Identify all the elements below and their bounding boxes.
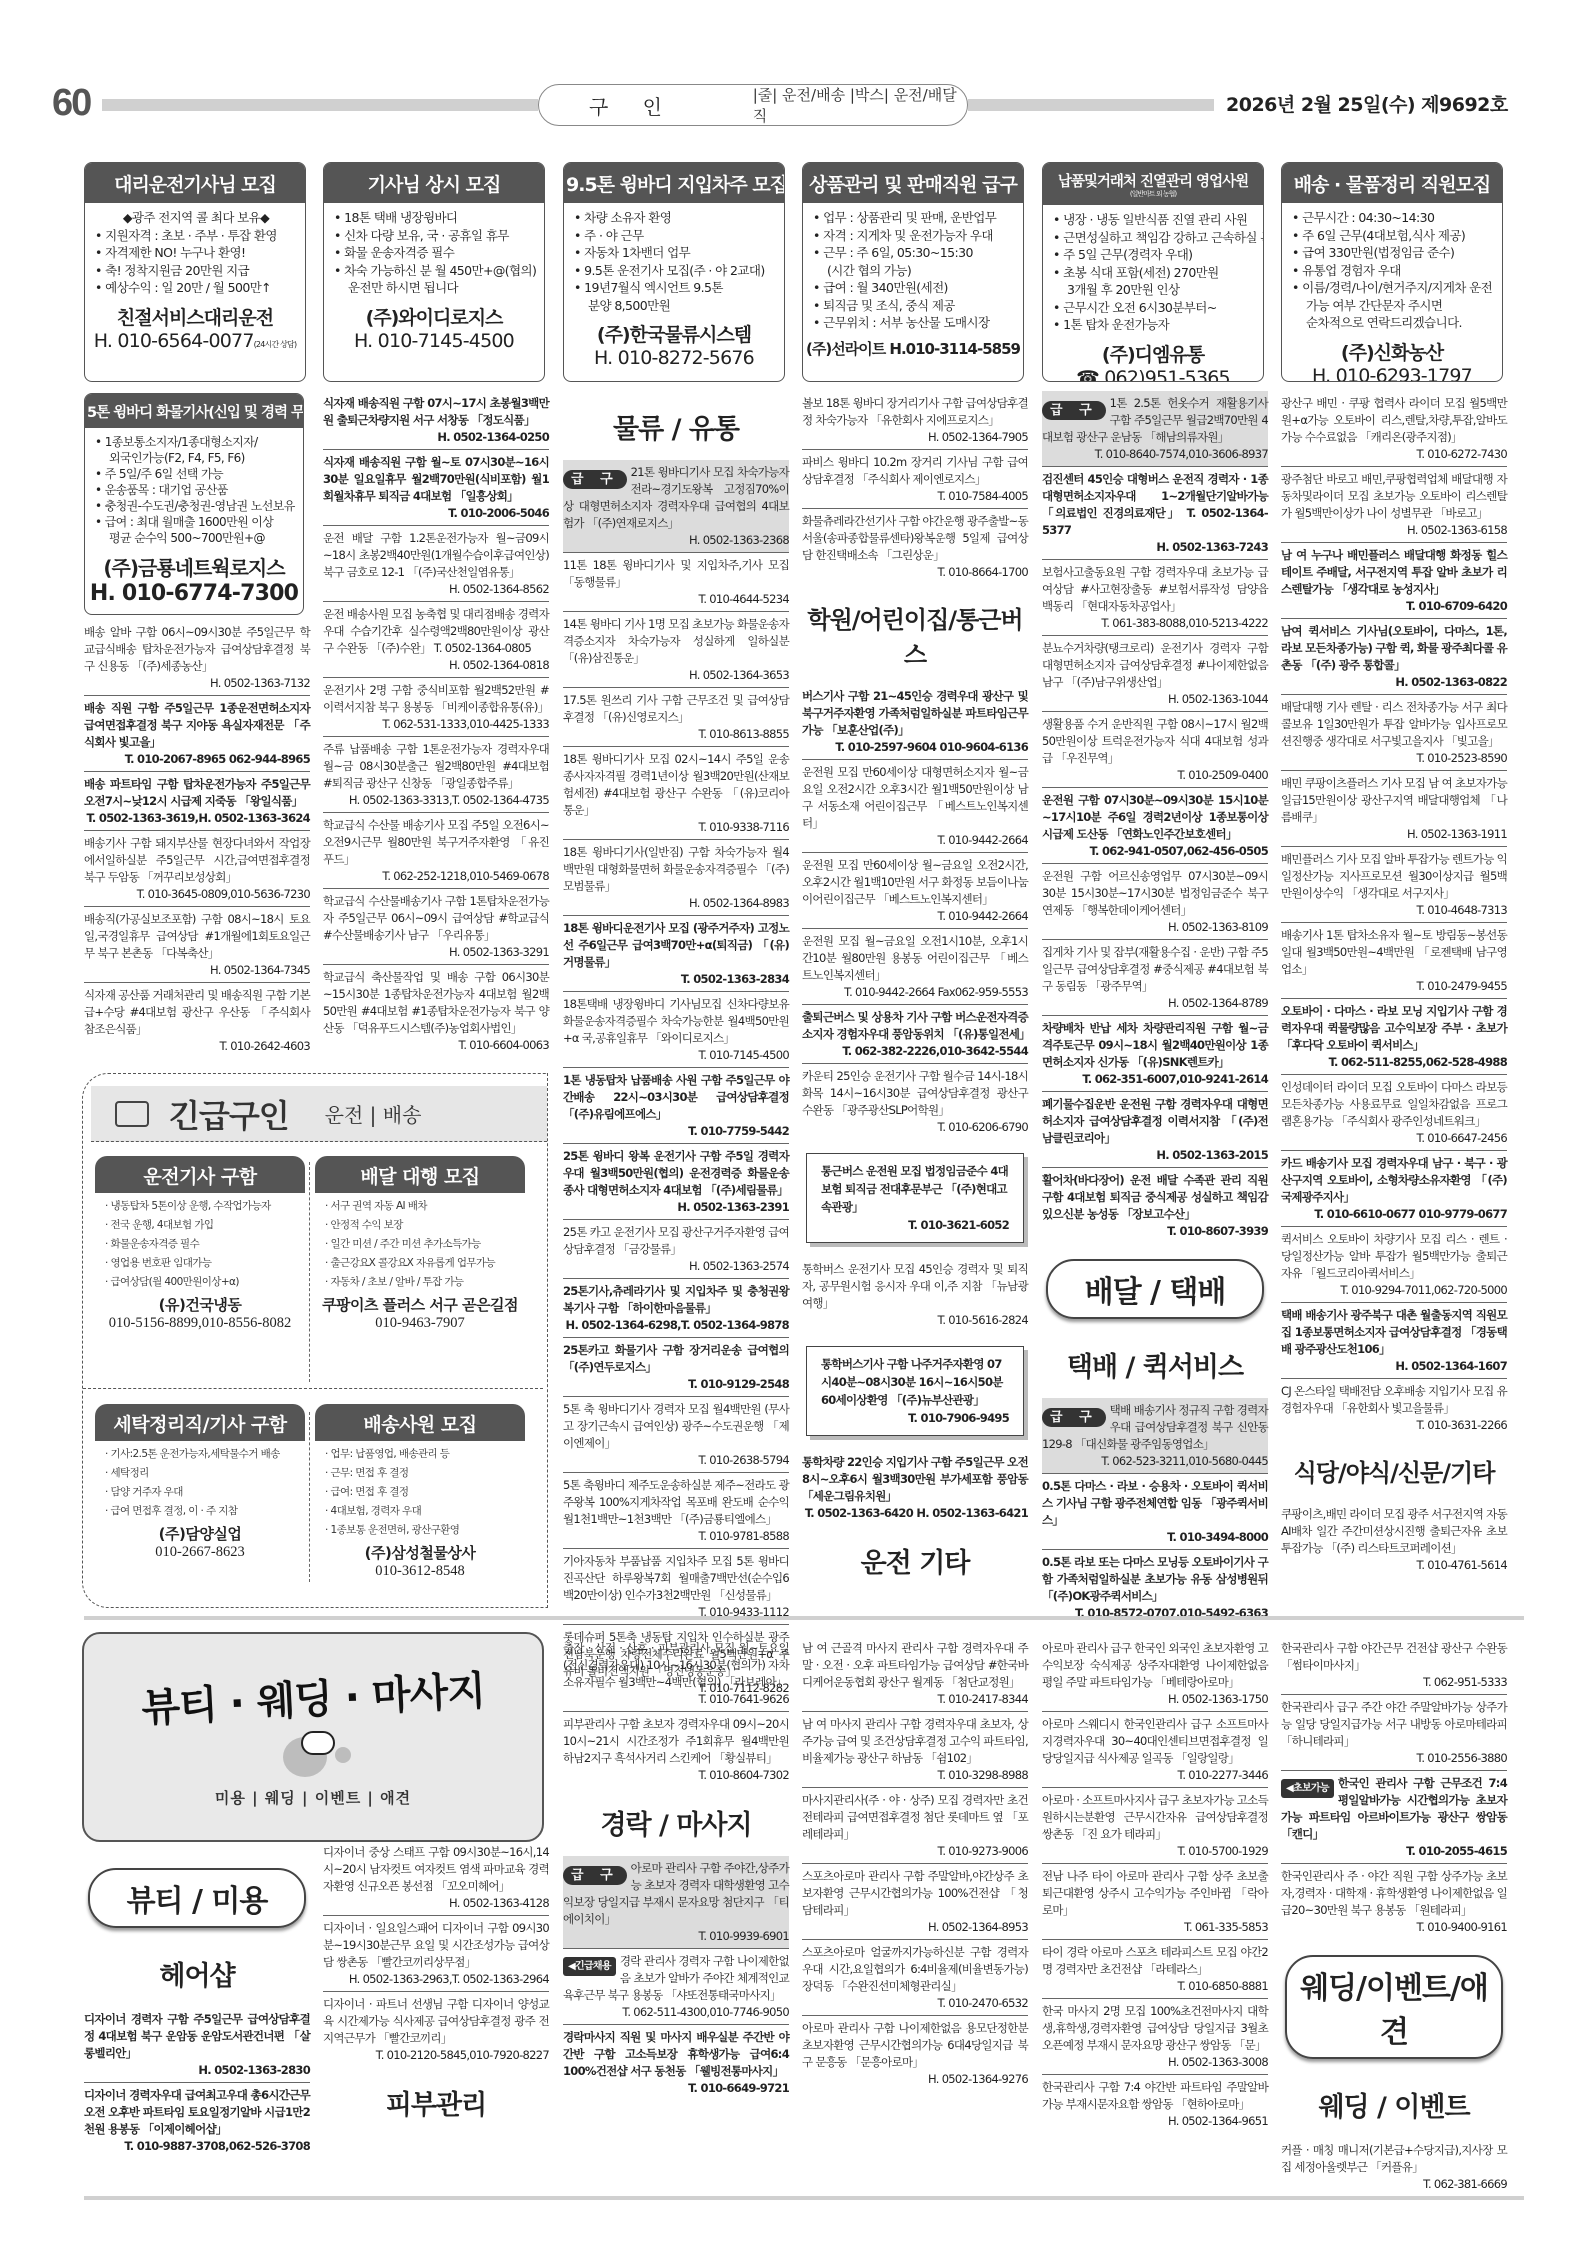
classified-ad: 25톤 윙바디 왕복 운전기사 구함 주5일 경력자우대 월3백50만원(협의)… bbox=[563, 1143, 789, 1219]
ad-title: 대리운전기사님 모집 bbox=[85, 163, 305, 203]
ad-title: 상품관리 및 판매직원 급구 bbox=[803, 163, 1023, 203]
ad-text: 볼보 18톤 윙바디 장거리기사 구함 급여상담후결정 차숙가능자 「유한회사 … bbox=[802, 396, 1028, 427]
classified-ad: 주류 납품배송 구함 1톤운전가능자 경력자우대 월~금 08시30분출근 월2… bbox=[323, 736, 549, 812]
classified-ad: 운전원 구함 어르신송영업무 07시30분~09시30분 15시30분~17시3… bbox=[1042, 863, 1268, 939]
ad-line: 평균 순수익 500~700만원+@ bbox=[95, 530, 295, 546]
urgent-ad-line: 냉동탑차 5톤이상 운행, 수작업가능자 bbox=[105, 1197, 295, 1216]
ad-text: 식자재 배송직원 구함 월~토 07시30분~16시30분 일요일휴무 월2백7… bbox=[323, 455, 549, 503]
ad-phone: H. 0502-1363-1911 bbox=[1281, 826, 1507, 843]
classified-ad: 전남 나주 타이 아로마 관리사 구함 상주 초보출퇴근대환영 상주시 고수익가… bbox=[1042, 1863, 1268, 1939]
column-1: 배송 알바 구함 06시~09시30분 주5일근무 학교급식배송 탑차운전가능자… bbox=[84, 620, 310, 1058]
ad-lines: • 1종보통소지자/1종대형소지자/외국인가능(F2, F4, F5, F6)•… bbox=[85, 428, 303, 546]
ad-text: 운전 배달 구함 1.2톤운전가능자 월~금09시~18시 초봉2백40만원(1… bbox=[323, 531, 549, 579]
ad-title: 5톤 윙바디 화물기사(신입 및 경력 무관) bbox=[85, 394, 303, 428]
ad-text: 집게차 기사 및 잡부(재활용수집 · 운반) 구함 주5일근무 급여상담후결정… bbox=[1042, 945, 1268, 993]
classified-ad: 스포츠아로마 관리사 구함 주말알바,야간상주 초보자환영 근무시간협의가능 1… bbox=[802, 1863, 1028, 1939]
ad-line: 외국인가능(F2, F4, F5, F6) bbox=[95, 450, 295, 466]
classified-ad: 남 여 누구나 배민플러스 배달대행 화정동 힐스테이트 주배달, 서구전지역 … bbox=[1281, 542, 1507, 618]
ad-line: 3개월 후 20만원 인상 bbox=[1053, 281, 1255, 299]
ad-phone: T. 010-5700-1929 bbox=[1042, 1843, 1268, 1860]
ad-phone: H. 0502-1363-2015 bbox=[1042, 1147, 1268, 1164]
ad-phone: T. 062-252-1218,010-5469-0678 bbox=[323, 868, 549, 885]
ad-text: 활어차(바다장어) 운전 배달 수족관 관리 직원 구함 4대보험 퇴직금 중식… bbox=[1042, 1173, 1268, 1221]
ad-phone: T. 010-3298-8988 bbox=[802, 1767, 1028, 1784]
ad-phone: H. 010-6564-0077(24시간 상담) bbox=[85, 330, 305, 352]
category-heading-driving-etc: 운전 기타 bbox=[802, 1525, 1028, 1594]
urgent-ad-line: 급여: 면접 후 결정 bbox=[325, 1483, 515, 1502]
classified-ad: 배송 알바 구함 06시~09시30분 주5일근무 학교급식배송 탑차운전가능자… bbox=[84, 620, 310, 695]
classified-ad: 분뇨수거차량(탱크로리) 운전기사 경력자 구함 대형면허소지자 급여상담후결정… bbox=[1042, 635, 1268, 711]
classified-ad: 운전원 모집 월~금요일 오전1시10분, 오후1시간10분 월80만원 용봉동… bbox=[802, 928, 1028, 1004]
urgent-badge-icon: 급 구 bbox=[1042, 401, 1106, 420]
classified-ad: 택배 배송기사 광주북구 대촌 월출동지역 직원모집 1종보통면허소지자 급여상… bbox=[1281, 1302, 1507, 1378]
hiring-badge-icon: ◀긴급채용 bbox=[563, 1957, 616, 1976]
massage-column-4: 남 여 근골격 마사지 관리사 구함 경력자우대 주말 · 오전 · 오후 파트… bbox=[802, 1636, 1028, 2091]
classified-ad: 25톤기사,츄레라기사 및 지입차주 및 충청권왕복기사 구함 「하이한마음물류… bbox=[563, 1278, 789, 1337]
beauty-column-1: 뷰티 / 미용헤어샵디자이너 경력자 구함 주5일근무 급여상담후결정 4대보험… bbox=[84, 1852, 310, 2158]
ad-line: • 충청권-수도권/충청권-영남권 노선보유 bbox=[95, 498, 295, 514]
category-heading-massage: 경락 / 마사지 bbox=[563, 1787, 789, 1856]
ad-text: 배송 알바 구함 06시~09시30분 주5일근무 학교급식배송 탑차운전가능자… bbox=[84, 625, 310, 673]
ad-phone: T. 010-2055-4615 bbox=[1281, 1843, 1507, 1860]
urgent-ad-company: (주)삼성철물상사 bbox=[315, 1542, 525, 1563]
classified-ad: 배송직(가공실보조포함) 구함 08시~18시 토요일,국경일휴무 급여상담 #… bbox=[84, 906, 310, 982]
ad-phone: T. 010-8640-7574,010-3606-8937 bbox=[1042, 446, 1268, 463]
ad-line: • 주 5일/주 6일 선택 가능 bbox=[95, 466, 295, 482]
ad-text: 운전기사 2명 구함 중식비포함 월2백52만원 #이력서지참 북구 용봉동 「… bbox=[323, 683, 549, 714]
ad-phone: H. 0502-1364-0250 bbox=[323, 429, 549, 446]
ad-line: • 자격 : 지게차 및 운전가능자 우대 bbox=[813, 227, 1015, 245]
ad-phone: T. 010-2509-0400 bbox=[1042, 767, 1268, 784]
ad-text: 배송기사 1톤 탑차소유자 월~토 방림동~봉선동일대 월3백50만원~4백만원… bbox=[1281, 928, 1507, 976]
ad-text: 스포츠아로마 관리사 구함 주말알바,야간상주 초보자환영 근무시간협의가능 1… bbox=[802, 1869, 1028, 1917]
ad-phone: T. 010-6604-0063 bbox=[323, 1037, 549, 1054]
ad-text: 배달대행 기사 렌탈 · 리스 전차종가능 서구 최다콜보유 1일30만원가 투… bbox=[1281, 700, 1507, 748]
urgent-ad-line: 급여 면접후 결정, 이 · 주 지참 bbox=[105, 1502, 295, 1521]
ad-phone: T. 010-7906-9495 bbox=[821, 1409, 1009, 1427]
ad-text: 18톤 윙바디운전기사 모집 (광주거주자) 고정노선 주6일근무 급여3백70… bbox=[563, 921, 789, 969]
ad-phone: T. 010-6610-0677 010-9779-0677 bbox=[1281, 1206, 1507, 1223]
category-heading-beauty: 뷰티 / 미용 bbox=[88, 1868, 306, 1928]
urgent-ad-line: 급여상담(월 400만원이상+α) bbox=[105, 1273, 295, 1292]
classified-ad: 남 여 마사지 관리사 구함 경력자우대 초보자, 상주가능 급여 및 조건상담… bbox=[802, 1711, 1028, 1787]
classified-ad: 광주첨단 바로고 배민,쿠팡협력업체 배달대행 자동차및라이더 모집 초보가능 … bbox=[1281, 466, 1507, 542]
classified-ad: 커플 · 매칭 매니저(기본급+수당지급),지사장 모집 세정아울렛부근 「커플… bbox=[1281, 2138, 1507, 2196]
classified-ad: 스포츠아로마 얼굴까지가능하신분 구함 경력자우대 시간,요일협의가 6:4비율… bbox=[802, 1939, 1028, 2015]
category-heading-restaurant: 식당/야식/신문/기타 bbox=[1281, 1437, 1507, 1502]
ad-text: 25톤기사,츄레라기사 및 지입차주 및 충청권왕복기사 구함 「하이한마음물류… bbox=[563, 1284, 789, 1315]
urgent-ad-line: 자동차 / 초보 / 알바 / 투잡 가능 bbox=[325, 1273, 515, 1292]
ad-lines: • 18톤 택배 냉장윙바디• 신차 다량 보유, 국 · 공휴일 휴무• 화물… bbox=[324, 203, 544, 297]
ad-line: • 초봉 식대 포함(세전) 270만원 bbox=[1053, 264, 1255, 282]
ad-phone: T. 010-7584-4005 bbox=[802, 488, 1028, 505]
ad-line: ◆광주 전지역 콜 최다 보유◆ bbox=[95, 209, 297, 227]
ad-phone: T. 061-335-5853 bbox=[1042, 1919, 1268, 1936]
ad-text: 아로마 스웨디시 한국인관리사 급구 소프트마사지경력자우대 30~40대인센티… bbox=[1042, 1717, 1268, 1765]
ad-line: • 근무위치 : 서부 농산물 도매시장 bbox=[813, 314, 1015, 332]
urgent-ad-phone: 010-2667-8623 bbox=[95, 1544, 305, 1561]
ad-text: 식자재 공산품 거래처관리 및 배송직원 구함 기본급+수당 #4대보험 광산구… bbox=[84, 988, 310, 1036]
ad-text: 디자이너 중상 스태프 구함 09시30분~16시,14시~20시 남자컷트 여… bbox=[323, 1845, 549, 1893]
display-ad-box: 대리운전기사님 모집◆광주 전지역 콜 최다 보유◆• 지원자격 : 초보 · … bbox=[84, 162, 306, 382]
phone-note: (24시간 상담) bbox=[254, 340, 297, 349]
ad-phone: H. 0502-1364-8789 bbox=[1042, 995, 1268, 1012]
ad-line: • 화물 운송자격증 필수 bbox=[334, 244, 536, 262]
category-heading-hair-salon: 헤어샵 bbox=[84, 1938, 310, 2007]
ad-text: 기아자동차 부품납품 지입차주 모집 5톤 윙바디 진곡산단 하루왕복7회 월매… bbox=[563, 1554, 789, 1602]
ad-line: • 주 6일 근무(4대보험,식사 제공) bbox=[1292, 227, 1494, 245]
ad-text: 아로마 관리사 구함 나이제한없음 용모단정한분 초보자환영 근무시간협의가능 … bbox=[802, 2021, 1028, 2069]
classified-ad: 퀵서비스 오토바이 차량기사 모집 리스 · 렌트 · 당일정산가능 알바 투잡… bbox=[1281, 1226, 1507, 1302]
ad-line: • 차량 소유자 환영 bbox=[574, 209, 776, 227]
ad-line: • 근무시간 오전 6시30분부터~ bbox=[1053, 299, 1255, 317]
ad-phone: T. 010-8664-1700 bbox=[802, 564, 1028, 581]
ad-phone: T. 010-9129-2548 bbox=[563, 1376, 789, 1393]
urgent-ad-company: (주)담양실업 bbox=[95, 1523, 305, 1544]
classified-ad: 폐기물수집운반 운전원 구함 경력자우대 대형면허소지자 급여상담후결정 이력서… bbox=[1042, 1091, 1268, 1167]
ad-text: 생활용품 수거 운반직원 구함 08시~17시 월2백50만원이상 트럭운전가능… bbox=[1042, 717, 1268, 765]
ad-phone: ☎ 062)951-5365 bbox=[1043, 367, 1263, 383]
ad-company: (주)와이디로지스 bbox=[324, 303, 544, 330]
ad-text: 운전원 모집 만60세이상 대형면허소지자 월~금요일 오전2시간 오후3시간 … bbox=[802, 765, 1028, 830]
ad-line: • 운송품목 : 대기업 공산품 bbox=[95, 482, 295, 498]
ad-phone: T. 0502-1363-2834 bbox=[563, 971, 789, 988]
classified-ad: ◀긴급채용경락 관리사 경력자 구함 나이제한없음 초보가 알바가 주야간 체계… bbox=[563, 1948, 789, 2024]
ad-text: 파비스 윙바디 10.2m 장거리 기사님 구함 급여상담후결정 「주식회사 제… bbox=[802, 455, 1028, 486]
urgent-ad-lines: 서구 권역 자동 AI 배차안정적 수익 보장일간 미션 / 주간 미션 추가소… bbox=[315, 1193, 525, 1292]
display-ad-box: 기사님 상시 모집• 18톤 택배 냉장윙바디• 신차 다량 보유, 국 · 공… bbox=[323, 162, 545, 382]
beauty-banner: 뷰티 · 웨딩 · 마사지 미용 | 웨딩 | 이벤트 | 애견 bbox=[82, 1632, 544, 1842]
ad-text: 커플 · 매칭 매니저(기본급+수당지급),지사장 모집 세정아울렛부근 「커플… bbox=[1281, 2143, 1507, 2174]
ad-company: (주)신화농산 bbox=[1282, 338, 1502, 365]
ad-line: • 1톤 탑차 운전가능자 bbox=[1053, 316, 1255, 334]
ad-company: 친절서비스대리운전 bbox=[85, 303, 305, 330]
classified-ad: 아로마 관리사 구함 나이제한없음 용모단정한분 초보자환영 근무시간협의가능 … bbox=[802, 2015, 1028, 2091]
urgent-badge-icon: 급 구 bbox=[1042, 1408, 1106, 1427]
ad-text: 한국인관리사 주 · 야간 직원 구함 상주가능 초보자,경력자 · 대학재 ·… bbox=[1281, 1869, 1507, 1917]
ad-text: 통학버스기사 구함 나주거주자환영 07시40분~08시30분 16시~16시5… bbox=[821, 1357, 1003, 1407]
ad-line: • 주 5일 근무(경력자 우대) bbox=[1053, 246, 1255, 264]
ad-phone: T. 010-6850-8881 bbox=[1042, 1978, 1268, 1995]
classified-ad: 카운티 25인승 운전기사 구함 월수금 14시-18시 화목 14시~16시3… bbox=[802, 1063, 1028, 1139]
ad-line: • 9.5톤 운전기사 모집(주 · 야 2교대) bbox=[574, 262, 776, 280]
classified-ad: 식자재 공산품 거래처관리 및 배송직원 구함 기본급+수당 #4대보험 광산구… bbox=[84, 982, 310, 1058]
urgent-ad-box: 배송사원 모집업무: 납품영업, 배송관리 등근무: 면접 후 결정급여: 면접… bbox=[315, 1404, 525, 1580]
ad-text: 5톤 축 윙바디기사 경력자 모집 월4백만원 (무사고 장기근속시 급여인상)… bbox=[563, 1402, 789, 1450]
urgent-ad-line: 4대보험, 경력자 우대 bbox=[325, 1502, 515, 1521]
ad-phone: T. 010-9400-9161 bbox=[1281, 1919, 1507, 1936]
category-heading-bus: 학원/어린이집/통근버스 bbox=[802, 584, 1028, 684]
ad-text: 11톤 18톤 윙바디기사 및 지입차주,기사 모집 「동행물류」 bbox=[563, 558, 789, 589]
ad-phone: T. 010-9294-7011,062-720-5000 bbox=[1281, 1282, 1507, 1299]
classified-ad: 학교급식 수산물배송기사 구함 1톤탑차운전가능자 주5일근무 06시~09시 … bbox=[323, 888, 549, 964]
classified-ad: 검진센터 45인승 대형버스 운전직 경력자 · 1종대형면허소지자우대 1~2… bbox=[1042, 466, 1268, 559]
classified-ad: 출장 · 산전 · 산후 · 피부관리사 모집 월~토요일(전신경력자우대) 1… bbox=[563, 1636, 789, 1711]
ad-phone: H. 0502-1364-6298,T. 0502-1364-9878 bbox=[563, 1317, 789, 1334]
ad-text: 마사지관리사(주 · 야 · 상주) 모집 경력자만 초건전테라피 급여면접후결… bbox=[802, 1793, 1028, 1841]
classified-ad: 5톤 축 윙바디기사 경력자 모집 월4백만원 (무사고 장기근속시 급여인상)… bbox=[563, 1396, 789, 1472]
ad-phone: T. 010-2006-5046 bbox=[323, 505, 549, 522]
ad-text: 18톤 윙바디기사(일반짐) 구함 차숙가능자 월4백만원 대형화물면허 화물운… bbox=[563, 845, 789, 893]
classified-ad: 운전원 구함 07시30분~09시30분 15시10분~17시10분 주6일 경… bbox=[1042, 787, 1268, 863]
classified-ad: 디자이너 · 일요일스패어 디자이너 구함 09시30분~19시30분근무 요일… bbox=[323, 1915, 549, 1991]
ad-text: 차량배차 반납 세차 차량관리직원 구함 월~금 격주토근무 09시~18시 월… bbox=[1042, 1021, 1268, 1069]
ad-phone: T. 010-9273-9006 bbox=[802, 1843, 1028, 1860]
ad-text: 피부관리사 구함 초보자 경력자우대 09시~20시 10시~21시 시간조정가… bbox=[563, 1717, 789, 1765]
urgent-ad-lines: 업무: 납품영업, 배송관리 등근무: 면접 후 결정급여: 면접 후 결정4대… bbox=[315, 1441, 525, 1540]
classified-ad: 한국관리사 급구 주간 야간 주말알바가능 상주가능 일당 당일지급가능 서구 … bbox=[1281, 1694, 1507, 1770]
urgent-ad-lines: 냉동탑차 5톤이상 운행, 수작업가능자전국 운행, 4대보험 가입화물운송자격… bbox=[95, 1193, 305, 1292]
urgent-ad-line: 서구 권역 자동 AI 배차 bbox=[325, 1197, 515, 1216]
classified-ad: 운전원 모집 만60세이상 월~금요일 오전2시간, 오후2시간 월1백10만원… bbox=[802, 852, 1028, 928]
classified-ad: 식자재 배송직원 구함 월~토 07시30분~16시30분 일요일휴무 월2백7… bbox=[323, 449, 549, 525]
ad-phone: T. 010-9442-2664 bbox=[802, 908, 1028, 925]
ad-phone: T. 010-2638-5794 bbox=[563, 1452, 789, 1469]
ad-lines: • 차량 소유자 환영• 주 · 야 근무• 자동차 1차밴더 업무• 9.5톤… bbox=[564, 203, 784, 314]
ad-phone: T. 010-7759-5442 bbox=[563, 1123, 789, 1140]
ad-line: • 근면성실하고 책임감 강하고 근속하실 분 bbox=[1053, 229, 1255, 247]
ad-lines: ◆광주 전지역 콜 최다 보유◆• 지원자격 : 초보 · 주부 · 투잡 환영… bbox=[85, 203, 305, 297]
ad-phone: H. 0502-1364-7345 bbox=[84, 962, 310, 979]
classified-ad: 디자이너 중상 스태프 구함 09시30분~16시,14시~20시 남자컷트 여… bbox=[323, 1840, 549, 1915]
column-6: 광산구 배민 · 쿠팡 협력사 라이더 모집 월5백만원+α가능 오토바이 리스… bbox=[1281, 391, 1507, 1577]
urgent-title: 긴급구인 bbox=[169, 1091, 289, 1137]
section-title: 구 인 bbox=[589, 91, 707, 120]
ad-text: 25톤카고 화물기사 구함 장거리운송 급여협의 「(주)연두로지스」 bbox=[563, 1343, 789, 1374]
ad-line: • 자동차 1차밴더 업무 bbox=[574, 244, 776, 262]
classified-ad: 25톤카고 화물기사 구함 장거리운송 급여협의 「(주)연두로지스」T. 01… bbox=[563, 1337, 789, 1396]
ad-phone: H. 0502-1364-3653 bbox=[563, 667, 789, 684]
ad-text: 스포츠아로마 얼굴까지가능하신분 구함 경력자우대 시간,요일협의가 6:4비율… bbox=[802, 1945, 1028, 1993]
ad-company: (주)한국물류시스템 bbox=[564, 320, 784, 347]
classified-ad: 0.5톤 라보 또는 다마스 모닝등 오토바이기사 구함 가족처럼일하실분 초보… bbox=[1042, 1549, 1268, 1625]
ad-phone: T. 0502-1363-6420 H. 0502-1363-6421 bbox=[802, 1505, 1028, 1522]
urgent-ad-title: 세탁정리직/기사 구함 bbox=[95, 1404, 305, 1441]
ad-phone: H. 0502-1364-9651 bbox=[1042, 2113, 1268, 2130]
ad-line: • 차숙 가능하신 분 월 450만+@(협의) bbox=[334, 262, 536, 280]
hiring-badge-icon: ◀초보가능 bbox=[1281, 1779, 1334, 1798]
ad-phone: H. 0502-1363-6158 bbox=[1281, 522, 1507, 539]
ad-phone: T. 010-2597-9604 010-9604-6136 bbox=[802, 739, 1028, 756]
ad-text: 카운티 25인승 운전기사 구함 월수금 14시-18시 화목 14시~16시3… bbox=[802, 1069, 1028, 1117]
classified-ad: 오토바이 · 다마스 · 라보 모닝 지입기사 구함 경력자우대 퀵물량많음 고… bbox=[1281, 998, 1507, 1074]
ad-phone: T. 010-9939-6901 bbox=[563, 1928, 789, 1945]
ad-phone: T. 010-3494-8000 bbox=[1042, 1529, 1268, 1546]
ad-text: 운전원 구함 07시30분~09시30분 15시10분~17시10분 주6일 경… bbox=[1042, 793, 1268, 841]
dashed-divider bbox=[309, 1412, 310, 1582]
classified-ad: 학교급식 축산물작업 및 배송 구함 06시30분~15시30분 1종탑차운전가… bbox=[323, 964, 549, 1057]
ad-text: 디자이너 · 파트너 선생님 구함 디자이너 양성교육 시간제가능 식사제공 급… bbox=[323, 1997, 549, 2045]
ad-text: 검진센터 45인승 대형버스 운전직 경력자 · 1종대형면허소지자우대 1~2… bbox=[1042, 472, 1268, 537]
ad-phone: T. 010-2120-5845,010-7920-8227 bbox=[323, 2047, 549, 2064]
urgent-ad-line: 세탁정리 bbox=[105, 1464, 295, 1483]
ad-phone: T. 010-8607-3939 bbox=[1042, 1223, 1268, 1240]
ad-text: 출퇴근버스 및 상용차 기사 구함 버스운전자격증소지자 경험자우대 풍암동위치… bbox=[802, 1010, 1030, 1041]
urgent-ad-line: 근무: 면접 후 결정 bbox=[325, 1464, 515, 1483]
urgent-ad-line: 화물운송자격증 필수 bbox=[105, 1235, 295, 1254]
ad-text: 아로마 관리사 급구 한국인 외국인 초보자환영 고수익보장 숙식제공 상주자대… bbox=[1042, 1641, 1268, 1689]
classified-ad: 남 여 근골격 마사지 관리사 구함 경력자우대 주말 · 오전 · 오후 파트… bbox=[802, 1636, 1028, 1711]
urgent-ad-line: 출근강요X 콜강요X 자유롭게 업무가능 bbox=[325, 1254, 515, 1273]
classified-ad: 배송기사 구함 돼지부산물 현장다녀와서 작업장에서일하실분 주5일근무 시간,… bbox=[84, 830, 310, 906]
display-ad-box: 9.5톤 윙바디 지입차주 모집• 차량 소유자 환영• 주 · 야 근무• 자… bbox=[563, 162, 785, 382]
classified-ad: 배달대행 기사 렌탈 · 리스 전차종가능 서구 최다콜보유 1일30만원가 투… bbox=[1281, 694, 1507, 770]
ad-text: 통근버스 운전원 모집 법정임금준수 4대보험 퇴직금 전대후문부근 「(주)현… bbox=[821, 1164, 1008, 1214]
ad-line: • 업무 : 상품관리 및 판매, 운반업무 bbox=[813, 209, 1015, 227]
ad-phone: T. 062-382-2226,010-3642-5544 bbox=[802, 1043, 1028, 1060]
classified-ad: 아로마 · 소프트마사지사 급구 초보자가능 고소득원하시는분환영 근무시간자유… bbox=[1042, 1787, 1268, 1863]
ad-text: 운전 배송사원 모집 농축협 및 대리점배송 경력자우대 수습기간후 실수령액2… bbox=[323, 607, 549, 655]
classified-ad: 디자이너 · 파트너 선생님 구함 디자이너 양성교육 시간제가능 식사제공 급… bbox=[323, 1991, 549, 2067]
urgent-ad-line: 담양 거주자 우대 bbox=[105, 1483, 295, 1502]
classified-ad: 인성데이터 라이더 모집 오토바이 다마스 라보등 모든차종가능 사용료무료 일… bbox=[1281, 1074, 1507, 1150]
classified-ad: 카드 배송기사 모집 경력자우대 남구 · 북구 · 광산구지역 오토바이, 소… bbox=[1281, 1150, 1507, 1226]
classified-ad: 한국관리사 구함 야간근무 건전샵 광산구 수완동 「썸타이마사지」T. 062… bbox=[1281, 1636, 1507, 1694]
ad-phone: H. 0502-1363-0822 bbox=[1281, 674, 1507, 691]
ad-phone: T. 010-6647-2456 bbox=[1281, 1130, 1507, 1147]
classified-ad: 경락마사지 직원 및 마사지 배우실분 주간반 야간반 구함 고소득보장 휴학생… bbox=[563, 2024, 789, 2100]
ad-text: 분뇨수거차량(탱크로리) 운전기사 경력자 구함 대형면허소지자 급여상담후결정… bbox=[1042, 641, 1268, 689]
ad-phone: T. 010-6649-9721 bbox=[563, 2080, 789, 2097]
ad-text: 오토바이 · 다마스 · 라보 모닝 지입기사 구함 경력자우대 퀵물량많음 고… bbox=[1281, 1004, 1507, 1052]
truck-icon bbox=[115, 1101, 149, 1127]
ad-phone: T. 010-9887-3708,062-526-3708 bbox=[84, 2138, 310, 2155]
classified-ad: 급 구아로마 관리사 구함 주야간,상주가능 초보자 경력자 대학생환영 고수익… bbox=[563, 1856, 789, 1948]
ad-text: 배송기사 구함 돼지부산물 현장다녀와서 작업장에서일하실분 주5일근무 시간,… bbox=[84, 836, 310, 884]
ad-lines: • 냉장 · 냉동 일반식품 진열 관리 사원• 근면성실하고 책임감 강하고 … bbox=[1043, 205, 1263, 334]
ad-text: 학교급식 축산물작업 및 배송 구함 06시30분~15시30분 1종탑차운전가… bbox=[323, 970, 549, 1035]
ad-line: 운전만 하시면 됩니다 bbox=[334, 279, 536, 297]
ad-phone: H. 0502-1364-8983 bbox=[563, 895, 789, 912]
ad-text: 퀵서비스 오토바이 차량기사 모집 리스 · 렌트 · 당일정산가능 알바 투잡… bbox=[1281, 1232, 1507, 1280]
ad-company: (주)금룡네트웍로지스 bbox=[85, 552, 303, 581]
ad-text: 디자이너 경력자 구함 주5일근무 급여상담후결정 4대보험 북구 운암동 운암… bbox=[84, 2012, 310, 2060]
classified-ad: 집게차 기사 및 잡부(재활용수집 · 운반) 구함 주5일근무 급여상담후결정… bbox=[1042, 939, 1268, 1015]
classified-ad: 한국인관리사 주 · 야간 직원 구함 상주가능 초보자,경력자 · 대학재 ·… bbox=[1281, 1863, 1507, 1939]
ad-text: 25톤 윙바디 왕복 운전기사 구함 주5일 경력자우대 월3백50만원(협의)… bbox=[563, 1149, 789, 1197]
urgent-ad-box: 운전기사 구함냉동탑차 5톤이상 운행, 수작업가능자전국 운행, 4대보험 가… bbox=[95, 1156, 305, 1332]
ad-text: 0.5톤 다마스 · 라보 · 승용차 · 오토바이 퀵서비스 기사님 구함 광… bbox=[1042, 1479, 1268, 1527]
urgent-ad-phone: 010-5156-8899,010-8556-8082 bbox=[95, 1315, 305, 1332]
ad-line: • 유통업 경험자 우대 bbox=[1292, 262, 1494, 280]
classified-ad: 쿠팡이츠,배민 라이더 모집 광주 서구전지역 자동AI배차 일간 주간미션상시… bbox=[1281, 1502, 1507, 1577]
ad-phone: H. 0502-1363-2963,T. 0502-1363-2964 bbox=[323, 1971, 549, 1988]
ad-phone: T. 010-6206-6790 bbox=[802, 1119, 1028, 1136]
urgent-ad-line: 전국 운행, 4대보험 가입 bbox=[105, 1216, 295, 1235]
ad-text: 배송 파트타임 구함 탑차운전가능자 주5일근무 오전7시~낮12시 시급제 지… bbox=[84, 777, 310, 808]
ad-text: 폐기물수집운반 운전원 구함 경력자우대 대형면허소지자 급여상담후결정 이력서… bbox=[1042, 1097, 1268, 1145]
ad-phone: T. 062-523-3211,010-5680-0445 bbox=[1042, 1453, 1268, 1470]
classified-ad: 11톤 18톤 윙바디기사 및 지입차주,기사 모집 「동행물류」T. 010-… bbox=[563, 552, 789, 611]
category-heading-skin-care: 피부관리 bbox=[323, 2067, 549, 2136]
ad-phone: H. 0502-1363-7132 bbox=[84, 675, 310, 692]
classified-ad: 디자이너 경력자우대 급여최고우대 총6시간근무 오전 오후반 파트타임 토요일… bbox=[84, 2082, 310, 2158]
ad-phone: T. 010-2417-8344 bbox=[802, 1691, 1028, 1708]
ad-line: • 냉장 · 냉동 일반식품 진열 관리 사원 bbox=[1053, 211, 1255, 229]
ad-line: • 근무 : 주 6일, 05:30~15:30 bbox=[813, 244, 1015, 262]
ad-line: • 자격제한 NO! 누구나 환영! bbox=[95, 244, 297, 262]
dashed-divider bbox=[83, 1388, 543, 1389]
ad-phone: H. 0502-1363-3008 bbox=[1042, 2054, 1268, 2071]
ad-phone: T. 010-2470-6532 bbox=[802, 1995, 1028, 2012]
ad-text: 주류 납품배송 구함 1톤운전가능자 경력자우대 월~금 08시30분출근 월2… bbox=[323, 742, 549, 790]
classified-ad: 1톤 냉동탑차 납품배송 사원 구함 주5일근무 야간배송 22시~03시30분… bbox=[563, 1067, 789, 1143]
ad-text: 25톤 카고 운전기사 모집 광산구거주자환영 급여상담후결정 「금강물류」 bbox=[563, 1225, 789, 1256]
ad-phone: H. 0502-1363-2574 bbox=[563, 1258, 789, 1275]
ad-line: • 1종보통소지자/1종대형소지자/ bbox=[95, 434, 295, 450]
ad-phone: H. 0502-1364-0818 bbox=[323, 657, 549, 674]
header-rule-left bbox=[102, 99, 538, 111]
ad-lines: • 근무시간 : 04:30~14:30• 주 6일 근무(4대보험,식사 제공… bbox=[1282, 203, 1502, 332]
ad-phone: T. 062-951-5333 bbox=[1281, 1674, 1507, 1691]
ad-text: 전남 나주 타이 아로마 관리사 구함 상주 초보출퇴근대환영 상주시 고수익가… bbox=[1042, 1869, 1268, 1917]
classified-ad: 기아자동차 부품납품 지입차주 모집 5톤 윙바디 진곡산단 하루왕복7회 월매… bbox=[563, 1548, 789, 1624]
ad-text: 학교급식 수산물 배송기사 모집 주5일 오전6시~오전9시근무 월80만원 북… bbox=[323, 818, 549, 866]
classified-ad: 화물츄레라간선기사 구함 야간운행 광주출발~동서울(송파종합물류센타)왕복운행… bbox=[802, 508, 1028, 584]
ad-phone: H. 010-6293-1797 bbox=[1282, 365, 1502, 383]
ad-phone: H. 0502-1363-4128 bbox=[323, 1895, 549, 1912]
ad-text: 5톤 축윙바디 제주도운송하실분 제주~전라도 광주왕복 100%지게차작업 목… bbox=[563, 1478, 789, 1526]
ad-line: (시간 협의 가능) bbox=[813, 262, 1015, 280]
classified-ad: CJ 온스타일 택배전담 오후배송 지입기사 모집 유경험자우대 「유한회사 빛… bbox=[1281, 1378, 1507, 1437]
urgent-ad-line: 영업용 번호판 임대가능 bbox=[105, 1254, 295, 1273]
urgent-ad-company: 쿠팡이츠 플러스 서구 곧은길점 bbox=[315, 1294, 525, 1315]
ad-phone: H. 0502-1363-1750 bbox=[1042, 1691, 1268, 1708]
classified-ad: 배송기사 1톤 탑차소유자 월~토 방림동~봉선동일대 월3백50만원~4백만원… bbox=[1281, 922, 1507, 998]
classified-ad: 운전기사 2명 구함 중식비포함 월2백52만원 #이력서지참 북구 용봉동 「… bbox=[323, 677, 549, 736]
urgent-ad-phone: 010-3612-8548 bbox=[315, 1563, 525, 1580]
ad-lines: • 업무 : 상품관리 및 판매, 운반업무• 자격 : 지게차 및 운전가능자… bbox=[803, 203, 1023, 332]
classified-ad: 급 구21톤 윙바디기사 모집 차숙가능자 전라~경기도왕복 고정짐70%이상 … bbox=[563, 460, 789, 552]
ad-line: 분양 8,500만원 bbox=[574, 297, 776, 315]
urgent-ad-company: (유)건국냉동 bbox=[95, 1294, 305, 1315]
ad-line: • 급여 : 최대 월매출 1600만원 이상 bbox=[95, 514, 295, 530]
classified-ad: 남여 퀵서비스 기사님(오토바이, 다마스, 1톤, 라보 모든차종가능) 구함… bbox=[1281, 618, 1507, 694]
ad-line: • 급여 : 월 340만원(세전) bbox=[813, 279, 1015, 297]
urgent-badge-icon: 급 구 bbox=[563, 1866, 627, 1885]
classified-ad: 아로마 관리사 급구 한국인 외국인 초보자환영 고수익보장 숙식제공 상주자대… bbox=[1042, 1636, 1268, 1711]
ad-line: • 지원자격 : 초보 · 주부 · 투잡 환영 bbox=[95, 227, 297, 245]
ad-line: • 근무시간 : 04:30~14:30 bbox=[1292, 209, 1494, 227]
ad-phone: H. 0502-1363-3313,T. 0502-1364-4735 bbox=[323, 792, 549, 809]
ad-text: 배민 쿠팡이츠플러스 기사 모집 남 여 초보자가능 일급15만원이상 광산구지… bbox=[1281, 776, 1507, 824]
ad-phone: H. 010-6774-7300 bbox=[85, 581, 303, 606]
classified-ad: 배송 직원 구함 주5일근무 1종운전면허소지자 급여면접후결정 북구 지야동 … bbox=[84, 695, 310, 771]
urgent-hiring-section: 긴급구인 운전 | 배송 운전기사 구함냉동탑차 5톤이상 운행, 수작업가능자… bbox=[82, 1073, 548, 1608]
ad-phone: T. 010-9442-2664 bbox=[802, 832, 1028, 849]
page-number: 60 bbox=[52, 82, 90, 125]
ad-phone: T. 010-9442-2664 Fax062-959-5553 bbox=[802, 984, 1028, 1001]
ad-text: 운전원 구함 어르신송영업무 07시30분~09시30분 15시30분~17시3… bbox=[1042, 869, 1268, 917]
classified-ad: 피부관리사 구함 초보자 경력자우대 09시~20시 10시~21시 시간조정가… bbox=[563, 1711, 789, 1787]
ad-phone: T. 010-9781-8588 bbox=[563, 1528, 789, 1545]
classified-ad: 운전 배송사원 모집 농축협 및 대리점배송 경력자우대 수습기간후 실수령액2… bbox=[323, 601, 549, 677]
ad-phone: T. 010-7641-9626 bbox=[563, 1691, 789, 1708]
urgent-ad-title: 배달 대행 모집 bbox=[315, 1156, 525, 1193]
ad-text: 디자이너 경력자우대 급여최고우대 총6시간근무 오전 오후반 파트타임 토요일… bbox=[84, 2088, 310, 2136]
massage-column-3: 출장 · 산전 · 산후 · 피부관리사 모집 월~토요일(전신경력자우대) 1… bbox=[563, 1636, 789, 2100]
ad-phone: T. 010-8604-7302 bbox=[563, 1767, 789, 1784]
ad-phone: T. 010-2479-9455 bbox=[1281, 978, 1507, 995]
ad-text: 경락마사지 직원 및 마사지 배우실분 주간반 야간반 구함 고소득보장 휴학생… bbox=[563, 2030, 789, 2078]
urgent-ad-line: 기사:2.5톤 운전가능자,세탁물수거 배송 bbox=[105, 1445, 295, 1464]
ad-text: 0.5톤 라보 또는 다마스 모닝등 오토바이기사 구함 가족처럼일하실분 초보… bbox=[1042, 1555, 1268, 1603]
urgent-badge-icon: 급 구 bbox=[563, 470, 627, 489]
ad-text: 쿠팡이츠,배민 라이더 모집 광주 서구전지역 자동AI배차 일간 주간미션상시… bbox=[1281, 1507, 1507, 1555]
ad-phone: T. 062-941-0507,062-456-0505 bbox=[1042, 843, 1268, 860]
section-pill: 구 인 |줄| 운전/배송 |박스| 운전/배달직 bbox=[538, 84, 968, 126]
ad-phone: T. 010-3631-2266 bbox=[1281, 1417, 1507, 1434]
